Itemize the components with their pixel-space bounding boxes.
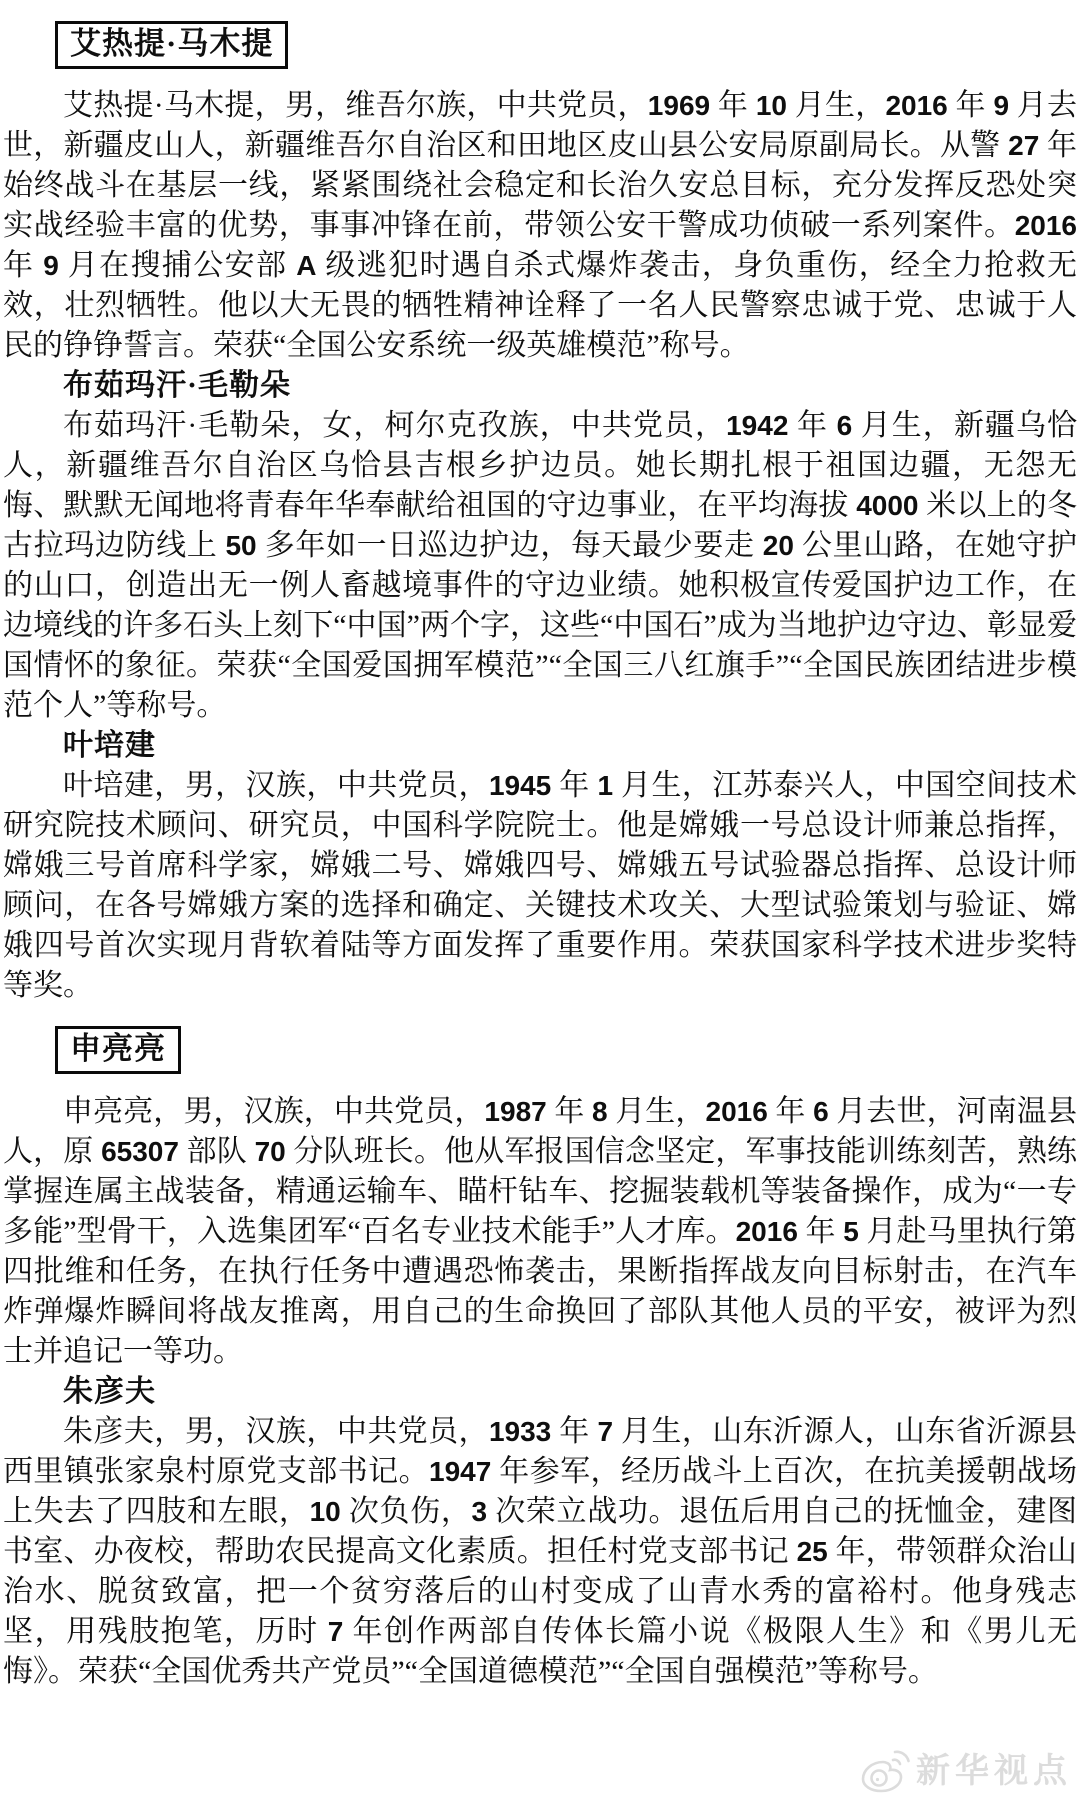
bio-paragraph-shen-liangliang: 申亮亮，男，汉族，中共党员，1987 年 8 月生，2016 年 6 月去世，河… xyxy=(3,1092,1077,1372)
boxed-title-wrap: 艾热提·马木提 xyxy=(55,21,1077,69)
section-heading-ye-peijian: 叶培建 xyxy=(3,726,1077,766)
bio-paragraph-burumahan-maoleduo: 布茹玛汗·毛勒朵，女，柯尔克孜族，中共党员，1942 年 6 月生，新疆乌恰人，… xyxy=(3,406,1077,726)
bio-paragraph-ye-peijian: 叶培建，男，汉族，中共党员，1945 年 1 月生，江苏泰兴人，中国空间技术研究… xyxy=(3,766,1077,1006)
boxed-title-shen-liangliang: 申亮亮 xyxy=(55,1026,181,1074)
watermark-label: 新华视点 xyxy=(916,1749,1072,1793)
section-heading-burumahan-maoleduo: 布茹玛汗·毛勒朵 xyxy=(3,366,1077,406)
section-heading-zhu-yanfu: 朱彦夫 xyxy=(3,1372,1077,1412)
bio-paragraph-zhu-yanfu: 朱彦夫，男，汉族，中共党员，1933 年 7 月生，山东沂源人，山东省沂源县西里… xyxy=(3,1412,1077,1692)
boxed-title-aireti-mamuti: 艾热提·马木提 xyxy=(55,21,288,69)
document-body: 艾热提·马木提 艾热提·马木提，男，维吾尔族，中共党员，1969 年 10 月生… xyxy=(0,0,1080,1692)
boxed-title-wrap: 申亮亮 xyxy=(55,1026,1077,1074)
watermark: 新华视点 xyxy=(860,1748,1072,1794)
bio-paragraph-aireti-mamuti: 艾热提·马木提，男，维吾尔族，中共党员，1969 年 10 月生，2016 年 … xyxy=(3,86,1077,366)
weibo-icon xyxy=(860,1748,916,1794)
